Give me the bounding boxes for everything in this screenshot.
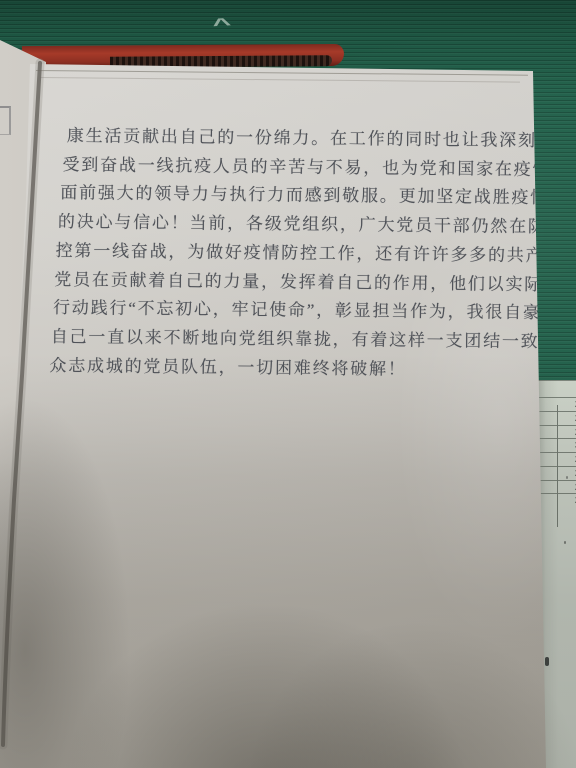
table-row: 2 (536, 493, 576, 507)
text-line: 自己一直以来不断地向党组织靠拢，有着这样一支团结一致、 (51, 323, 536, 357)
side-table: 2 2 2 3 2 2 2 2 (536, 397, 576, 507)
ink-speck (566, 476, 568, 479)
text-line: 康生活贡献出自己的一份绵力。在工作的同时也让我深刻感 (67, 122, 538, 156)
table-row: 2 (536, 411, 576, 425)
table-row: 2 (536, 397, 576, 411)
table-vertical-line (557, 405, 558, 527)
table-row: 2 (536, 466, 576, 480)
document-page: 康生活贡献出自己的一份绵力。在工作的同时也让我深刻感 受到奋战一线抗疫人员的辛苦… (0, 0, 576, 768)
table-row: 2 (536, 452, 576, 466)
ink-speck (545, 657, 549, 666)
partial-handwriting-mark (0, 106, 11, 135)
ink-speck (564, 541, 566, 544)
handwritten-text-block: 康生活贡献出自己的一份绵力。在工作的同时也让我深刻感 受到奋战一线抗疫人员的辛苦… (49, 122, 538, 385)
text-line: 众志成城的党员队伍，一切困难终将破解！ (49, 352, 535, 386)
table-row: 2 (536, 480, 576, 494)
table-row: 2 (536, 425, 576, 439)
page-stack-edge (36, 70, 528, 76)
chevron-scratch-mark: ^ (178, 10, 266, 40)
table-row: 3 (536, 438, 576, 452)
page-stack-edge (40, 77, 520, 83)
text-line: 控第一线奋战，为做好疫情防控工作，还有许许多多的共产 (55, 237, 536, 271)
photo-scene: ^ 2 2 2 3 2 2 2 (0, 0, 576, 768)
